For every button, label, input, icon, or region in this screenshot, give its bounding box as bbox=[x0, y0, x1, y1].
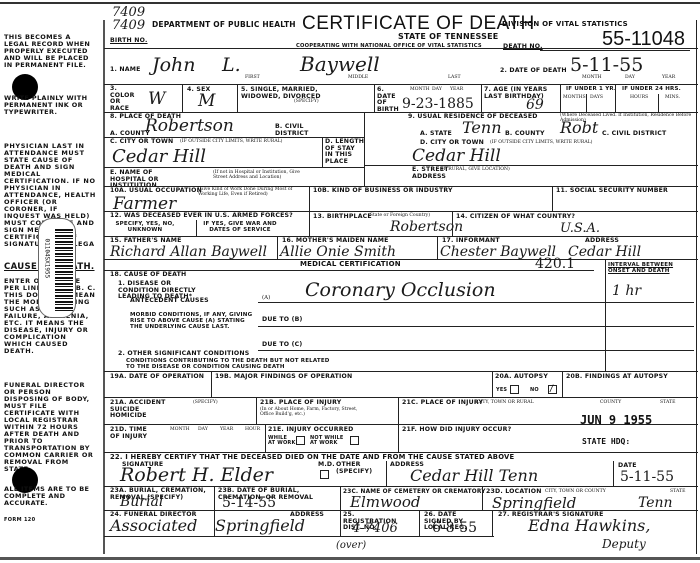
length-of-stay-label: D. LENGTH OF STAY IN THIS PLACE bbox=[325, 139, 365, 165]
rule bbox=[104, 84, 698, 85]
injury-place-county-col: COUNTY bbox=[600, 401, 621, 406]
rule bbox=[104, 259, 698, 260]
bottom-border bbox=[0, 557, 700, 560]
cause-a-label: (A) bbox=[262, 296, 270, 302]
department-label: DEPARTMENT OF PUBLIC HEALTH bbox=[152, 21, 296, 29]
accident-specify: (SPECIFY) bbox=[193, 401, 218, 406]
check-mark-icon: / bbox=[550, 384, 553, 395]
rule bbox=[258, 350, 694, 351]
funeral-address-value[interactable]: Springfield bbox=[215, 518, 305, 534]
months-label: MONTHS bbox=[563, 96, 586, 101]
due-to-c-label: DUE TO (C) bbox=[262, 342, 302, 349]
rule bbox=[277, 236, 278, 259]
operation-findings-label: 19B. MAJOR FINDINGS OF OPERATION bbox=[215, 374, 352, 381]
injury-occurred-label: 21E. INJURY OCCURRED bbox=[268, 427, 353, 434]
first-label: FIRST bbox=[245, 76, 260, 81]
cemetery-value[interactable]: Elmwood bbox=[350, 495, 420, 510]
rule bbox=[104, 371, 698, 372]
autopsy-label: 20A. AUTOPSY bbox=[495, 374, 548, 381]
reg-over-note: (over) bbox=[336, 541, 366, 551]
burial-date-value[interactable]: 5-14-55 bbox=[222, 496, 276, 510]
other-conditions-note: CONDITIONS CONTRIBUTING TO THE DEATH BUT… bbox=[126, 359, 336, 371]
under-24-label: IF UNDER 24 HRS. bbox=[622, 87, 681, 93]
not-while-work-label: NOT WHILE AT WORK bbox=[310, 436, 346, 447]
location-city-value[interactable]: Springfield bbox=[492, 496, 576, 511]
armed-war-label: IF YES, GIVE WAR AND DATES OF SERVICE bbox=[200, 222, 280, 234]
state-label: STATE OF TENNESSEE bbox=[398, 33, 498, 41]
other-conditions-label: 2. OTHER SIGNIFICANT CONDITIONS bbox=[118, 351, 249, 358]
pod-county-value[interactable]: Robertson bbox=[145, 118, 234, 135]
certify-label: 22. I HEREBY CERTIFY THAT THE DECEASED D… bbox=[110, 454, 514, 461]
name-middle[interactable]: L. bbox=[222, 56, 241, 75]
autopsy-findings-label: 20B. FINDINGS AT AUTOPSY bbox=[566, 374, 668, 381]
rule bbox=[658, 94, 659, 112]
while-work-checkbox[interactable] bbox=[296, 436, 305, 445]
death-no-line bbox=[540, 50, 690, 51]
rule bbox=[437, 236, 438, 259]
md-checkbox[interactable] bbox=[320, 470, 329, 479]
informant-address-value[interactable]: Cedar Hill bbox=[568, 245, 641, 259]
form-left-border bbox=[103, 20, 105, 554]
registrar-title: Deputy bbox=[602, 538, 646, 550]
morbid-label: MORBID CONDITIONS, IF ANY, GIVING RISE T… bbox=[130, 313, 255, 330]
certifier-address-value[interactable]: Cedar Hill Tenn bbox=[410, 468, 538, 484]
other-specify-label: OTHER (SPECIFY) bbox=[336, 462, 372, 475]
dod-day-label: DAY bbox=[625, 76, 635, 81]
color-race-value[interactable]: W bbox=[148, 91, 165, 108]
father-value[interactable]: Richard Allan Baywell bbox=[110, 245, 267, 259]
barcode bbox=[55, 229, 73, 311]
rule bbox=[364, 112, 365, 187]
barcode-sticker: 01104SX1955 bbox=[38, 218, 76, 318]
name-label: 1. NAME bbox=[110, 67, 141, 74]
form-right-border bbox=[696, 20, 697, 554]
dob-month-label: MONTH bbox=[410, 88, 430, 93]
birthplace-label: 13. BIRTHPLACE bbox=[313, 214, 372, 221]
due-to-b-label: DUE TO (B) bbox=[262, 317, 303, 324]
rule bbox=[104, 397, 698, 398]
rule bbox=[452, 211, 453, 236]
write-plainly-note: WRITE PLAINLY WITH PERMANENT INK OR TYPE… bbox=[4, 95, 96, 116]
rule bbox=[104, 536, 494, 537]
mins-label: MINS. bbox=[665, 96, 680, 101]
date-of-death-value[interactable]: 5-11-55 bbox=[570, 56, 643, 75]
legal-record-note: THIS BECOMES A LEGAL RECORD WHEN PROPERL… bbox=[4, 34, 96, 69]
rule bbox=[374, 84, 375, 112]
all-items-note: ALL ITEMS ARE TO BE COMPLETE AND ACCURAT… bbox=[4, 486, 96, 507]
time-of-injury-label: 21D. TIME OF INJURY bbox=[110, 427, 150, 440]
cause-of-death-label: 18. CAUSE OF DEATH bbox=[110, 272, 186, 279]
interval-value[interactable]: 1 hr bbox=[612, 284, 641, 298]
rule bbox=[104, 167, 364, 168]
rule bbox=[340, 510, 341, 536]
dob-year-label: YEAR bbox=[450, 88, 463, 93]
injury-place-b-label: 21B. PLACE OF INJURY bbox=[260, 400, 341, 407]
medical-heading: MEDICAL CERTIFICATION bbox=[300, 261, 401, 268]
rule bbox=[586, 94, 587, 112]
physician-signature[interactable]: Robert H. Elder bbox=[120, 466, 273, 485]
pod-city-note: (IF OUTSIDE CITY LIMITS, WRITE RURAL) bbox=[180, 140, 282, 145]
autopsy-no-label: NO bbox=[530, 388, 539, 393]
color-race-label: 3. COLOR OR RACE bbox=[110, 86, 138, 112]
street-note: (IF RURAL, GIVE LOCATION) bbox=[440, 168, 510, 173]
citizen-label: 14. CITIZEN OF WHAT COUNTRY? bbox=[456, 214, 575, 221]
rule bbox=[552, 186, 553, 211]
marital-label: 5. SINGLE, MARRIED, WIDOWED, DIVORCED bbox=[241, 87, 336, 100]
dob-value[interactable]: 9-23-1885 bbox=[402, 97, 474, 111]
rule bbox=[265, 424, 266, 452]
operation-date-label: 19A. DATE OF OPERATION bbox=[110, 374, 204, 381]
rule bbox=[419, 510, 420, 536]
rule bbox=[492, 371, 493, 397]
how-injury-label: 21F. HOW DID INJURY OCCUR? bbox=[402, 427, 511, 434]
funeral-note: FUNERAL DIRECTOR OR PERSON DISPOSING OF … bbox=[4, 382, 96, 473]
birth-no-label: BIRTH NO. bbox=[110, 38, 148, 45]
res-state-value[interactable]: Tenn bbox=[462, 120, 502, 136]
antecedent-label: ANTECEDENT CAUSES bbox=[130, 298, 209, 305]
rule bbox=[562, 371, 563, 397]
cause-code: 420.1 bbox=[535, 257, 575, 271]
rule bbox=[492, 510, 493, 536]
marital-specify: (SPECIFY) bbox=[294, 100, 319, 105]
rule bbox=[182, 84, 183, 112]
form-number: FORM 120 bbox=[4, 518, 35, 523]
certify-date-value[interactable]: 5-11-55 bbox=[620, 470, 674, 484]
under-1yr-label: IF UNDER 1 YR. bbox=[566, 87, 616, 93]
location-state-value[interactable]: Tenn bbox=[638, 496, 673, 510]
funeral-director-value[interactable]: Associated bbox=[110, 518, 197, 534]
armed-specify-label: SPECIFY, YES, NO, UNKNOWN bbox=[115, 222, 175, 234]
res-city-note: (IF OUTSIDE CITY LIMITS, WRITE RURAL) bbox=[490, 141, 592, 146]
rule bbox=[258, 302, 694, 303]
injury-place-c-label: 21C. PLACE OF INJURY bbox=[402, 400, 483, 407]
rule bbox=[256, 397, 257, 424]
not-while-work-checkbox[interactable] bbox=[350, 436, 359, 445]
reg-dist-value[interactable]: 4-7406 bbox=[352, 522, 398, 535]
res-city-value[interactable]: Cedar Hill bbox=[412, 148, 501, 165]
res-county-value[interactable]: Robt bbox=[560, 120, 598, 136]
last-label: LAST bbox=[448, 76, 461, 81]
rule bbox=[615, 84, 616, 112]
while-work-label: WHILE AT WORK bbox=[268, 436, 296, 447]
rule bbox=[196, 220, 197, 236]
time-day-col: DAY bbox=[198, 428, 208, 433]
rule bbox=[613, 461, 614, 486]
rule bbox=[104, 48, 698, 49]
md-label: M.D. bbox=[318, 462, 335, 469]
rule bbox=[481, 84, 482, 112]
rule bbox=[237, 84, 238, 112]
rule bbox=[258, 326, 694, 327]
business-label: 10B. KIND OF BUSINESS OR INDUSTRY bbox=[313, 188, 453, 195]
rule bbox=[309, 211, 310, 236]
ssn-label: 11. SOCIAL SECURITY NUMBER bbox=[556, 188, 668, 195]
registrar-signature[interactable]: Edna Hawkins, bbox=[528, 518, 650, 534]
dod-year-label: YEAR bbox=[662, 76, 675, 81]
date-signed-value[interactable]: 6-8-55 bbox=[432, 521, 477, 535]
autopsy-yes-label: YES bbox=[496, 388, 507, 393]
pod-city-value[interactable]: Cedar Hill bbox=[112, 148, 206, 166]
dod-month-label: MONTH bbox=[582, 76, 602, 81]
rule bbox=[322, 137, 323, 167]
rule bbox=[211, 371, 212, 397]
middle-label: MIDDLE bbox=[348, 76, 368, 81]
res-county-label: B. COUNTY bbox=[505, 131, 545, 138]
time-year-col: YEAR bbox=[220, 428, 233, 433]
injury-place-b-note: (In or About Home, Farm, Factory, Street… bbox=[260, 408, 360, 418]
pod-city-label: C. CITY OR TOWN bbox=[110, 139, 173, 146]
interval-label: INTERVAL BETWEEN ONSET AND DEATH bbox=[608, 263, 693, 275]
dob-label: 6. DATE OF BIRTH bbox=[377, 87, 397, 113]
rule bbox=[386, 461, 387, 486]
name-first[interactable]: John bbox=[152, 56, 196, 75]
injury-place-state-col: STATE bbox=[660, 401, 675, 406]
autopsy-yes-checkbox[interactable] bbox=[510, 385, 519, 394]
time-hour-col: HOUR bbox=[245, 428, 260, 433]
rule bbox=[482, 486, 483, 510]
birth-no-handwritten-2: 7409 bbox=[112, 19, 145, 32]
armed-forces-label: 12. WAS DECEASED EVER IN U.S. ARMED FORC… bbox=[110, 213, 293, 220]
rule bbox=[340, 486, 341, 510]
cause-a-value[interactable]: Coronary Occlusion bbox=[305, 281, 496, 300]
pod-civil-district-label: B. CIVIL DISTRICT bbox=[275, 124, 335, 137]
rule bbox=[605, 259, 606, 371]
rule bbox=[104, 424, 698, 425]
citizen-value[interactable]: U.S.A. bbox=[560, 222, 600, 235]
hospital-note: (If not in Hospital or Institution, Give… bbox=[213, 171, 308, 181]
time-month-col: MONTH bbox=[170, 428, 190, 433]
barcode-number: 01104SX1955 bbox=[44, 239, 51, 299]
res-state-label: A. STATE bbox=[420, 131, 452, 138]
disposition-value[interactable]: Burial bbox=[120, 495, 163, 509]
rule bbox=[309, 186, 310, 211]
date-of-death-label: 2. DATE OF DEATH bbox=[500, 68, 567, 75]
hours-label: HOURS bbox=[630, 96, 648, 101]
accident-label: 21A. ACCIDENT SUICIDE HOMICIDE bbox=[110, 400, 170, 420]
age-value[interactable]: 69 bbox=[526, 98, 544, 112]
injury-place-city-col: CITY, TOWN OR RURAL bbox=[477, 401, 534, 406]
autopsy-no-checkbox[interactable]: / bbox=[548, 385, 557, 394]
top-border bbox=[0, 2, 700, 4]
res-civil-district-label: C. CIVIL DISTRICT bbox=[602, 131, 666, 138]
dob-day-label: DAY bbox=[432, 88, 442, 93]
occupation-note: (Give Kind of Work Done During Most of W… bbox=[198, 188, 308, 198]
state-hdq-stamp: STATE HDQ: bbox=[582, 437, 630, 446]
mother-value[interactable]: Allie Onie Smith bbox=[280, 245, 396, 259]
days-label: DAYS bbox=[590, 96, 603, 101]
name-last[interactable]: Baywell bbox=[300, 54, 380, 74]
sex-value[interactable]: M bbox=[198, 93, 215, 110]
rule bbox=[560, 84, 561, 112]
